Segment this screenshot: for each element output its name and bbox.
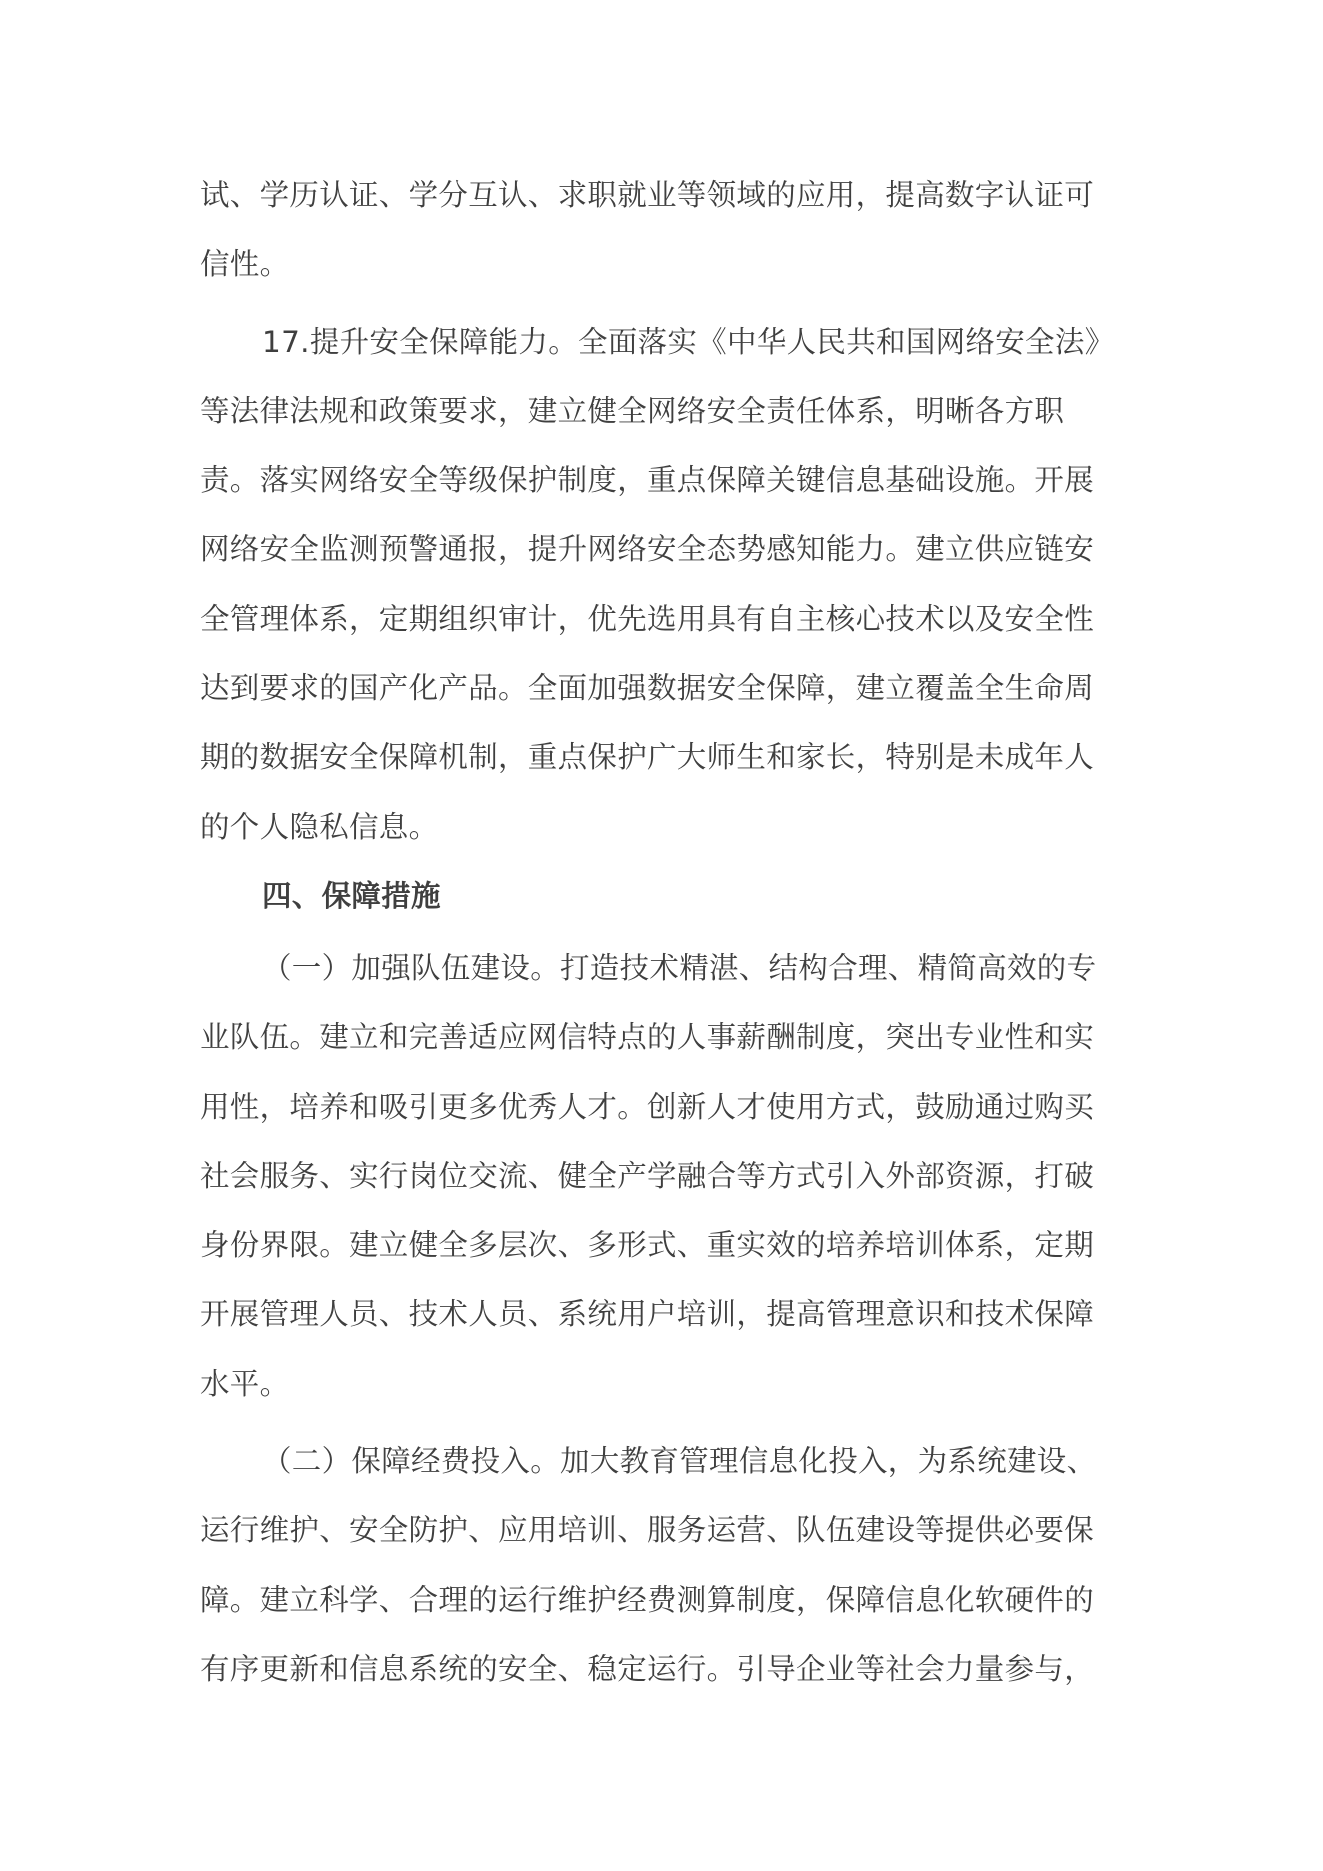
text-line: 期的数据安全保障机制，重点保护广大师生和家长，特别是未成年人 (200, 734, 1110, 803)
text-line: 责。落实网络安全等级保护制度，重点保障关键信息基础设施。开展 (200, 457, 1110, 526)
text-line: 等法律法规和政策要求，建立健全网络安全责任体系，明晰各方职 (200, 388, 1110, 457)
paragraph-continued: 试、学历认证、学分互认、求职就业等领域的应用，提高数字认证可 信性。 (200, 172, 1110, 311)
text-line: 网络安全监测预警通报，提升网络安全态势感知能力。建立供应链安 (200, 526, 1110, 595)
text-line: 有序更新和信息系统的安全、稳定运行。引导企业等社会力量参与， (200, 1646, 1110, 1715)
text-line: （一）加强队伍建设。打造技术精湛、结构合理、精简高效的专 (200, 945, 1110, 1014)
text-line: 信性。 (200, 241, 1110, 310)
text-line: 运行维护、安全防护、应用培训、服务运营、队伍建设等提供必要保 (200, 1507, 1110, 1576)
text-line: 身份界限。建立健全多层次、多形式、重实效的培养培训体系，定期 (200, 1222, 1110, 1291)
text-line: （二）保障经费投入。加大教育管理信息化投入，为系统建设、 (200, 1438, 1110, 1507)
text-line: 用性，培养和吸引更多优秀人才。创新人才使用方式，鼓励通过购买 (200, 1084, 1110, 1153)
text-line: 障。建立科学、合理的运行维护经费测算制度，保障信息化软硬件的 (200, 1577, 1110, 1646)
paragraph-item-17: 17.提升安全保障能力。全面落实《中华人民共和国网络安全法》 等法律法规和政策要… (200, 319, 1110, 873)
text-line: 的个人隐私信息。 (200, 804, 1110, 873)
text-line: 社会服务、实行岗位交流、健全产学融合等方式引入外部资源，打破 (200, 1153, 1110, 1222)
text-line: 开展管理人员、技术人员、系统用户培训，提高管理意识和技术保障 (200, 1291, 1110, 1360)
paragraph-funding: （二）保障经费投入。加大教育管理信息化投入，为系统建设、 运行维护、安全防护、应… (200, 1438, 1110, 1715)
paragraph-team-building: （一）加强队伍建设。打造技术精湛、结构合理、精简高效的专 业队伍。建立和完善适应… (200, 945, 1110, 1430)
text-line: 水平。 (200, 1361, 1110, 1430)
text-line: 业队伍。建立和完善适应网信特点的人事薪酬制度，突出专业性和实 (200, 1014, 1110, 1083)
document-page: 试、学历认证、学分互认、求职就业等领域的应用，提高数字认证可 信性。 17.提升… (200, 172, 1110, 1715)
text-line: 全管理体系，定期组织审计，优先选用具有自主核心技术以及安全性 (200, 596, 1110, 665)
section-heading: 四、保障措施 (200, 873, 1110, 945)
text-line: 17.提升安全保障能力。全面落实《中华人民共和国网络安全法》 (200, 319, 1110, 388)
text-line: 试、学历认证、学分互认、求职就业等领域的应用，提高数字认证可 (200, 172, 1110, 241)
text-line: 达到要求的国产化产品。全面加强数据安全保障，建立覆盖全生命周 (200, 665, 1110, 734)
